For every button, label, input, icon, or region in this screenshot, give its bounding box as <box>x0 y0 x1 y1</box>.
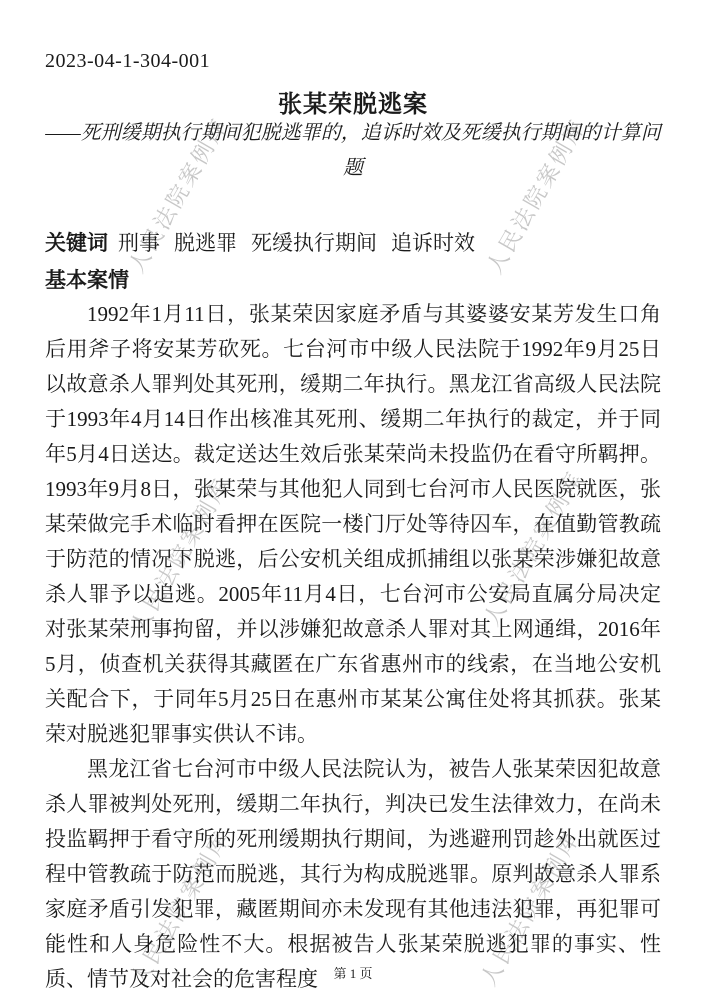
page-number: 第 1 页 <box>0 963 706 982</box>
case-subtitle-line-2: 题 <box>45 151 661 186</box>
case-body: 1992年1月11日，张某荣因家庭矛盾与其婆婆安某芳发生口角后用斧子将安某芳砍死… <box>45 297 661 997</box>
case-subtitle: ——死刑缓期执行期间犯脱逃罪的，追诉时效及死缓执行期间的计算问 题 <box>45 116 661 186</box>
keyword-limitation-period: 追诉时效 <box>391 231 475 255</box>
keyword-escape-crime: 脱逃罪 <box>174 231 237 255</box>
keyword-criminal: 刑事 <box>118 231 160 255</box>
paragraph-case-facts: 1992年1月11日，张某荣因家庭矛盾与其婆婆安某芳发生口角后用斧子将安某芳砍死… <box>45 297 661 752</box>
keywords-label: 关键词 <box>45 232 108 255</box>
keyword-suspended-death-period: 死缓执行期间 <box>251 231 377 255</box>
case-reference-number: 2023-04-1-304-001 <box>45 50 210 73</box>
section-heading-basic-facts: 基本案情 <box>45 264 129 294</box>
case-subtitle-line-1: ——死刑缓期执行期间犯脱逃罪的，追诉时效及死缓执行期间的计算问 <box>45 116 661 151</box>
case-title: 张某荣脱逃案 <box>0 84 706 119</box>
paragraph-court-opinion: 黑龙江省七台河市中级人民法院认为，被告人张某荣因犯故意杀人罪被判处死刑，缓期二年… <box>45 752 661 997</box>
document-page: 人民法院案例库 人民法院案例库 人民法院案例库 人民法院案例库 人民法院案例库 … <box>0 0 706 999</box>
keywords-row: 关键词刑事脱逃罪死缓执行期间追诉时效 <box>45 231 661 256</box>
